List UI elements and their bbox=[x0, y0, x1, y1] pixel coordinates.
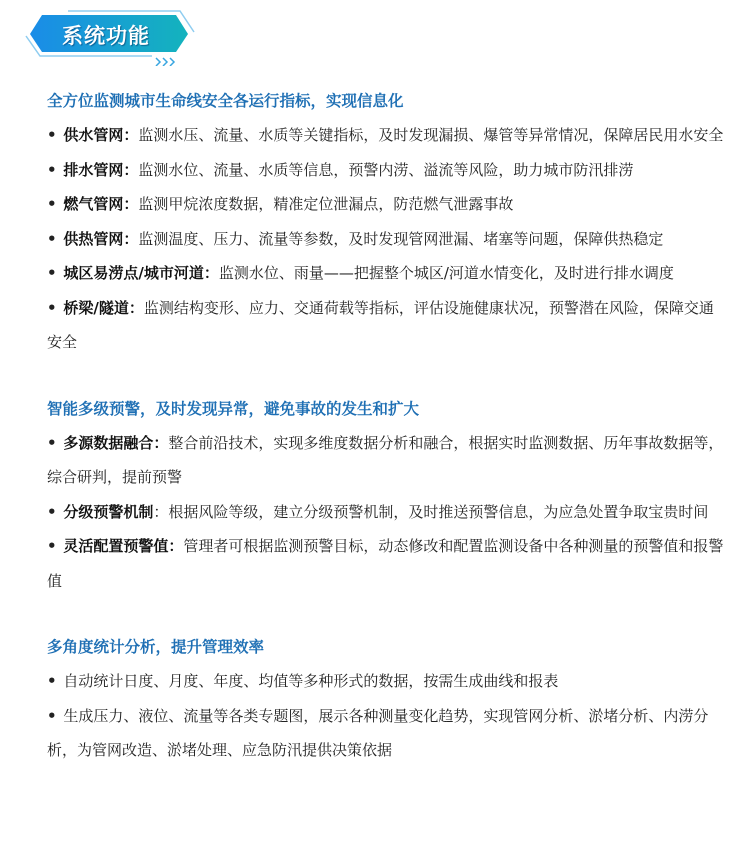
item-label: 多源数据融合： bbox=[63, 434, 168, 452]
section-statistics: 多角度统计分析，提升管理效率 • 自动统计日度、月度、年度、均值等多种形式的数据… bbox=[47, 630, 727, 768]
list-item: • 自动统计日度、月度、年度、均值等多种形式的数据，按需生成曲线和报表 bbox=[47, 664, 727, 699]
list-item: • 燃气管网：监测甲烷浓度数据，精准定位泄漏点，防范燃气泄露事故 bbox=[47, 187, 727, 222]
bullet-icon: • bbox=[47, 230, 57, 248]
list-item: • 多源数据融合：整合前沿技术，实现多维度数据分析和融合，根据实时监测数据、历年… bbox=[47, 426, 727, 495]
item-text: 监测水位、流量、水质等信息，预警内涝、溢流等风险，助力城市防汛排涝 bbox=[138, 161, 633, 179]
bullet-icon: • bbox=[47, 161, 57, 179]
item-text: 自动统计日度、月度、年度、均值等多种形式的数据，按需生成曲线和报表 bbox=[63, 672, 558, 690]
bullet-icon: • bbox=[47, 126, 57, 144]
item-text: 监测甲烷浓度数据，精准定位泄漏点，防范燃气泄露事故 bbox=[138, 195, 513, 213]
item-label: 排水管网： bbox=[63, 161, 138, 179]
section-warning: 智能多级预警，及时发现异常，避免事故的发生和扩大 • 多源数据融合：整合前沿技术… bbox=[47, 392, 727, 599]
section-heading: 全方位监测城市生命线安全各运行指标，实现信息化 bbox=[47, 84, 727, 118]
item-text: 生成压力、液位、流量等各类专题图，展示各种测量变化趋势，实现管网分析、淤堵分析、… bbox=[47, 707, 708, 760]
item-label: 灵活配置预警值： bbox=[63, 537, 183, 555]
list-item: • 城区易涝点/城市河道：监测水位、雨量——把握整个城区/河道水情变化，及时进行… bbox=[47, 256, 727, 291]
bullet-icon: • bbox=[47, 707, 57, 725]
list-item: • 桥梁/隧道：监测结构变形、应力、交通荷载等指标，评估设施健康状况，预警潜在风… bbox=[47, 291, 727, 360]
bullet-icon: • bbox=[47, 503, 57, 521]
item-text: 根据风险等级，建立分级预警机制，及时推送预警信息，为应急处置争取宝贵时间 bbox=[168, 503, 708, 521]
bullet-icon: • bbox=[47, 299, 57, 317]
item-label: 桥梁/隧道： bbox=[63, 299, 143, 317]
item-label: 供水管网： bbox=[63, 126, 138, 144]
bullet-icon: • bbox=[47, 537, 57, 555]
banner-title: 系统功能 bbox=[24, 20, 188, 50]
section-banner: 系统功能 bbox=[24, 8, 200, 66]
item-text: 监测温度、压力、流量等参数，及时发现管网泄漏、堵塞等问题，保障供热稳定 bbox=[138, 230, 663, 248]
list-item: • 分级预警机制：根据风险等级，建立分级预警机制，及时推送预警信息，为应急处置争… bbox=[47, 495, 727, 530]
bullet-icon: • bbox=[47, 434, 57, 452]
section-heading: 智能多级预警，及时发现异常，避免事故的发生和扩大 bbox=[47, 392, 727, 426]
list-item: • 排水管网：监测水位、流量、水质等信息，预警内涝、溢流等风险，助力城市防汛排涝 bbox=[47, 153, 727, 188]
section-heading: 多角度统计分析，提升管理效率 bbox=[47, 630, 727, 664]
bullet-icon: • bbox=[47, 672, 57, 690]
item-label: 燃气管网： bbox=[63, 195, 138, 213]
item-label-colon: ： bbox=[153, 503, 168, 521]
list-item: • 生成压力、液位、流量等各类专题图，展示各种测量变化趋势，实现管网分析、淤堵分… bbox=[47, 699, 727, 768]
item-label: 分级预警机制 bbox=[63, 503, 153, 521]
bullet-icon: • bbox=[47, 264, 57, 282]
feature-content: 全方位监测城市生命线安全各运行指标，实现信息化 • 供水管网：监测水压、流量、水… bbox=[47, 84, 727, 800]
item-label: 城区易涝点/城市河道： bbox=[63, 264, 218, 282]
item-text: 监测水压、流量、水质等关键指标，及时发现漏损、爆管等异常情况，保障居民用水安全 bbox=[138, 126, 723, 144]
item-text: 监测水位、雨量——把握整个城区/河道水情变化，及时进行排水调度 bbox=[219, 264, 674, 282]
bullet-icon: • bbox=[47, 195, 57, 213]
list-item: • 灵活配置预警值：管理者可根据监测预警目标，动态修改和配置监测设备中各种测量的… bbox=[47, 529, 727, 598]
section-monitoring: 全方位监测城市生命线安全各运行指标，实现信息化 • 供水管网：监测水压、流量、水… bbox=[47, 84, 727, 360]
list-item: • 供水管网：监测水压、流量、水质等关键指标，及时发现漏损、爆管等异常情况，保障… bbox=[47, 118, 727, 153]
item-label: 供热管网： bbox=[63, 230, 138, 248]
item-text: 监测结构变形、应力、交通荷载等指标，评估设施健康状况，预警潜在风险，保障交通安全 bbox=[47, 299, 714, 352]
list-item: • 供热管网：监测温度、压力、流量等参数，及时发现管网泄漏、堵塞等问题，保障供热… bbox=[47, 222, 727, 257]
